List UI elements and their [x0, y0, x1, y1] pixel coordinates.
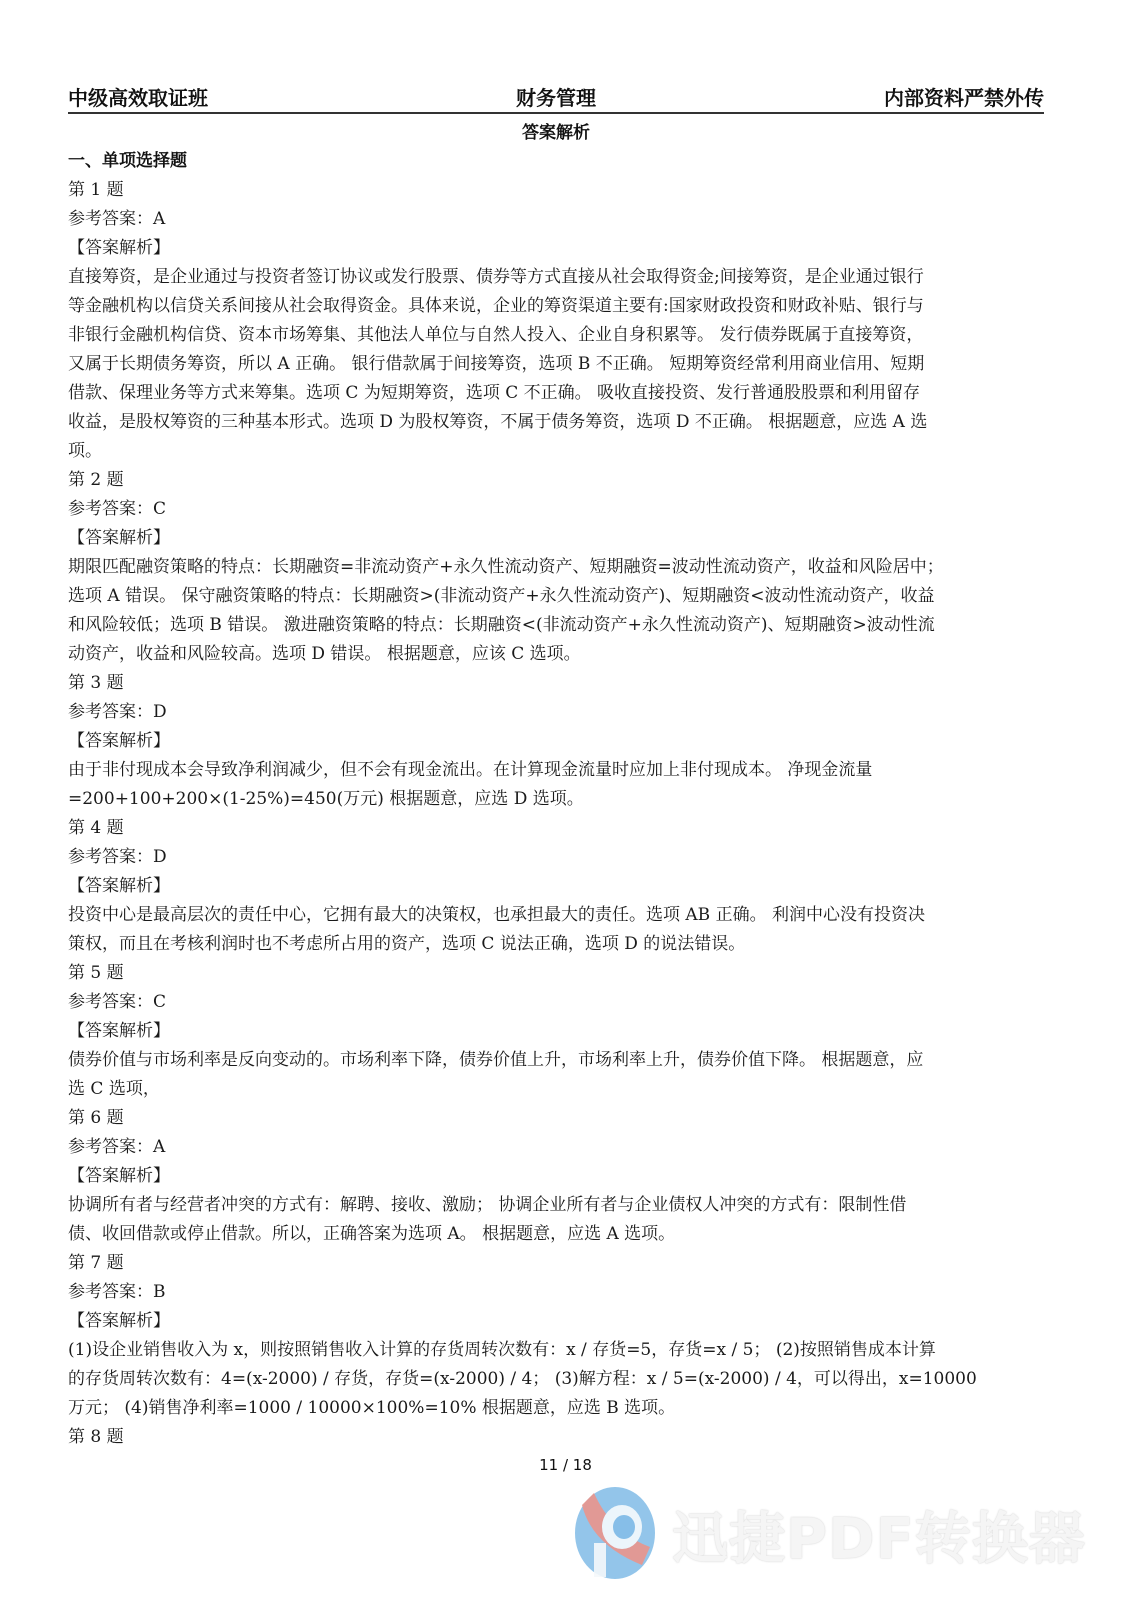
question-number: 第 1 题 — [68, 176, 1044, 205]
analysis-label: 【答案解析】 — [68, 1162, 1044, 1191]
analysis-label: 【答案解析】 — [68, 872, 1044, 901]
analysis-line: 又属于长期债务筹资，所以 A 正确。 银行借款属于间接筹资，选项 B 不正确。 … — [68, 350, 1044, 379]
reference-answer: 参考答案：D — [68, 698, 1044, 727]
document-body: 一、单项选择题 第 1 题 参考答案：A 【答案解析】 直接筹资，是企业通过与投… — [68, 147, 1044, 1452]
section-title: 一、单项选择题 — [68, 147, 1044, 176]
pdf-converter-logo-icon — [572, 1485, 658, 1581]
analysis-line: 债券价值与市场利率是反向变动的。市场利率下降，债券价值上升，市场利率上升，债券价… — [68, 1046, 1044, 1075]
analysis-line: 由于非付现成本会导致净利润减少，但不会有现金流出。在计算现金流量时应加上非付现成… — [68, 756, 1044, 785]
question-block: 第 2 题 参考答案：C 【答案解析】 期限匹配融资策略的特点：长期融资=非流动… — [68, 466, 1044, 669]
page-number: 11 / 18 — [0, 1456, 1131, 1474]
analysis-line: 投资中心是最高层次的责任中心，它拥有最大的决策权，也承担最大的责任。选项 AB … — [68, 901, 1044, 930]
reference-answer: 参考答案：D — [68, 843, 1044, 872]
reference-answer: 参考答案：A — [68, 205, 1044, 234]
analysis-line: 协调所有者与经营者冲突的方式有：解聘、接收、激励； 协调企业所有者与企业债权人冲… — [68, 1191, 1044, 1220]
analysis-label: 【答案解析】 — [68, 1017, 1044, 1046]
analysis-label: 【答案解析】 — [68, 234, 1044, 263]
analysis-label: 【答案解析】 — [68, 524, 1044, 553]
analysis-line: 动资产，收益和风险较高。选项 D 错误。 根据题意，应该 C 选项。 — [68, 640, 1044, 669]
reference-answer: 参考答案：B — [68, 1278, 1044, 1307]
question-number: 第 7 题 — [68, 1249, 1044, 1278]
page-header: 中级高效取证班 财务管理 内部资料严禁外传 — [68, 80, 1044, 114]
analysis-line: (1)设企业销售收入为 x，则按照销售收入计算的存货周转次数有：x / 存货=5… — [68, 1336, 1044, 1365]
question-block: 第 5 题 参考答案：C 【答案解析】 债券价值与市场利率是反向变动的。市场利率… — [68, 959, 1044, 1104]
question-number: 第 6 题 — [68, 1104, 1044, 1133]
question-block: 第 6 题 参考答案：A 【答案解析】 协调所有者与经营者冲突的方式有：解聘、接… — [68, 1104, 1044, 1249]
watermark-text: 迅捷PDF转换器 — [672, 1495, 1086, 1575]
question-block: 第 7 题 参考答案：B 【答案解析】 (1)设企业销售收入为 x，则按照销售收… — [68, 1249, 1044, 1423]
analysis-line: 借款、保理业务等方式来筹集。选项 C 为短期筹资，选项 C 不正确。 吸收直接投… — [68, 379, 1044, 408]
analysis-line: 债、收回借款或停止借款。所以，正确答案为选项 A。 根据题意，应选 A 选项。 — [68, 1220, 1044, 1249]
watermark: 迅捷PDF转换器 — [572, 1485, 1092, 1585]
analysis-line: 收益，是股权筹资的三种基本形式。选项 D 为股权筹资，不属于债务筹资，选项 D … — [68, 408, 1044, 437]
analysis-line: 和风险较低；选项 B 错误。 激进融资策略的特点：长期融资<(非流动资产+永久性… — [68, 611, 1044, 640]
question-block: 第 1 题 参考答案：A 【答案解析】 直接筹资，是企业通过与投资者签订协议或发… — [68, 176, 1044, 466]
analysis-line: 等金融机构以信贷关系间接从社会取得资金。具体来说，企业的筹资渠道主要有:国家财政… — [68, 292, 1044, 321]
question-block: 第 3 题 参考答案：D 【答案解析】 由于非付现成本会导致净利润减少，但不会有… — [68, 669, 1044, 814]
analysis-line: 万元； (4)销售净利率=1000 / 10000×100%=10% 根据题意，… — [68, 1394, 1044, 1423]
analysis-line: 项。 — [68, 437, 1044, 466]
reference-answer: 参考答案：A — [68, 1133, 1044, 1162]
analysis-line: 期限匹配融资策略的特点：长期融资=非流动资产+永久性流动资产、短期融资=波动性流… — [68, 553, 1044, 582]
question-number: 第 4 题 — [68, 814, 1044, 843]
analysis-line: 策权，而且在考核利润时也不考虑所占用的资产，选项 C 说法正确，选项 D 的说法… — [68, 930, 1044, 959]
question-block: 第 4 题 参考答案：D 【答案解析】 投资中心是最高层次的责任中心，它拥有最大… — [68, 814, 1044, 959]
question-number: 第 3 题 — [68, 669, 1044, 698]
analysis-line: 的存货周转次数有：4=(x-2000) / 存货，存货=(x-2000) / 4… — [68, 1365, 1044, 1394]
analysis-line: 选项 A 错误。 保守融资策略的特点：长期融资>(非流动资产+永久性流动资产)、… — [68, 582, 1044, 611]
reference-answer: 参考答案：C — [68, 495, 1044, 524]
analysis-label: 【答案解析】 — [68, 727, 1044, 756]
question-number: 第 2 题 — [68, 466, 1044, 495]
question-number: 第 5 题 — [68, 959, 1044, 988]
header-notice: 内部资料严禁外传 — [884, 82, 1044, 111]
analysis-line: 非银行金融机构信贷、资本市场筹集、其他法人单位与自然人投入、企业自身积累等。 发… — [68, 321, 1044, 350]
reference-answer: 参考答案：C — [68, 988, 1044, 1017]
analysis-line: 直接筹资，是企业通过与投资者签订协议或发行股票、债券等方式直接从社会取得资金;间… — [68, 263, 1044, 292]
analysis-line: 选 C 选项， — [68, 1075, 1044, 1104]
analysis-line: =200+100+200×(1-25%)=450(万元) 根据题意，应选 D 选… — [68, 785, 1044, 814]
document-title: 答案解析 — [68, 118, 1044, 143]
question-block: 第 8 题 — [68, 1423, 1044, 1452]
analysis-label: 【答案解析】 — [68, 1307, 1044, 1336]
question-number: 第 8 题 — [68, 1423, 1044, 1452]
